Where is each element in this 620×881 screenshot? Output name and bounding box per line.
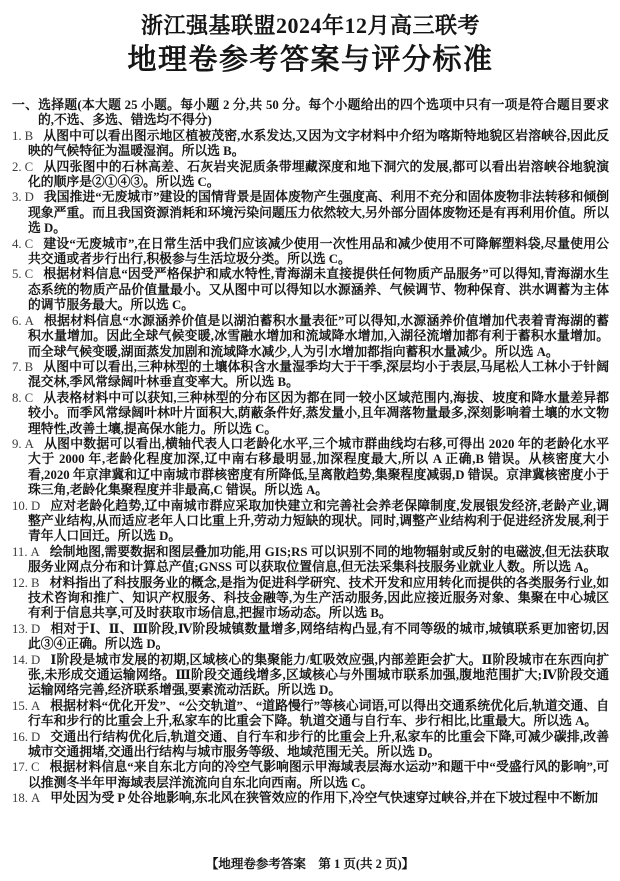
- answer-item-15: 15.A根据材料“优化开发”、“公交轨道”、“道路慢行”等核心词语,可以得出交通…: [12, 699, 609, 730]
- item-answer: B: [25, 129, 34, 143]
- item-explanation: 材料指出了科技服务业的概念,是指为促进科学研究、技术开发和应用转化而提供的各类服…: [28, 576, 609, 621]
- item-explanation: 根据材料信息“来自东北方向的冷空气影响图示甲海域表层海水运动”和题干中“受盛行风…: [28, 760, 609, 789]
- answer-item-8: 8.C从表格材料中可以获知,三种林型的分布区因为都在同一较小区域范围内,海拔、坡…: [12, 391, 609, 437]
- answer-item-5: 5.C根据材料信息“因受严格保护和咸水特性,青海湖未直接提供任何物质产品服务”可…: [12, 267, 609, 313]
- item-answer: A: [31, 545, 40, 559]
- item-number: 17.: [12, 760, 28, 774]
- item-answer: A: [25, 314, 34, 328]
- item-answer: C: [25, 267, 34, 281]
- answer-item-10: 10.D应对老龄化趋势,辽中南城市群应采取加快建立和完善社会养老保障制度,发展银…: [12, 499, 609, 545]
- item-answer: C: [25, 160, 34, 174]
- item-answer: A: [25, 437, 34, 451]
- item-number: 18.: [12, 791, 28, 805]
- item-explanation: 从图中可以看出图示地区植被茂密,水系发达,又因为文字材料中介绍为喀斯特地貌区岩溶…: [28, 129, 609, 158]
- item-number: 4.: [12, 237, 22, 251]
- item-explanation: 根据材料信息“因受严格保护和咸水特性,青海湖未直接提供任何物质产品服务”可以得知…: [28, 267, 609, 312]
- item-answer: D: [31, 730, 40, 744]
- answer-item-4: 4.C建设“无废城市”,在日常生活中我们应该减少使用一次性用品和减少使用不可降解…: [12, 237, 609, 268]
- item-explanation: 从图中数据可以看出,横轴代表人口老龄化水平,三个城市群曲线均右移,可得出 202…: [28, 437, 609, 497]
- section-heading-multiple-choice: 一、选择题(本大题 25 小题。每小题 2 分,共 50 分。每个小题给出的四个…: [12, 98, 609, 129]
- item-answer: C: [25, 391, 34, 405]
- answer-item-1: 1.B从图中可以看出图示地区植被茂密,水系发达,又因为文字材料中介绍为喀斯特地貌…: [12, 129, 609, 160]
- answer-key-page: 浙江强基联盟2024年12月高三联考 地理卷参考答案与评分标准 一、选择题(本大…: [0, 0, 620, 807]
- item-answer: C: [31, 760, 40, 774]
- answer-item-3: 3.D我国推进“无废城市”建设的国情背景是固体废物产生强度高、利用不充分和固体废…: [12, 190, 609, 236]
- answer-item-13: 13.D相对于Ⅰ、Ⅱ、Ⅲ阶段,Ⅳ阶段城镇数量增多,网络结构凸显,有不同等级的城市…: [12, 622, 609, 653]
- item-explanation: 甲处因为受 P 处谷地影响,东北风在狭管效应的作用下,冷空气快速穿过峡谷,并在下…: [50, 791, 598, 805]
- item-number: 7.: [12, 360, 22, 374]
- answer-item-17: 17.C根据材料信息“来自东北方向的冷空气影响图示甲海域表层海水运动”和题干中“…: [12, 760, 609, 791]
- item-answer: B: [25, 360, 34, 374]
- answer-item-11: 11.A绘制地图,需要数据和图层叠加功能,用 GIS;RS 可以识别不同的地物辐…: [12, 545, 609, 576]
- item-answer: D: [25, 190, 34, 204]
- answer-item-16: 16.D交通出行结构优化后,轨道交通、自行车和步行的比重会上升,私家车的比重会下…: [12, 730, 609, 761]
- item-number: 13.: [12, 622, 28, 636]
- item-explanation: Ⅰ阶段是城市发展的初期,区域核心的集聚能力/虹吸效应强,内部差距会扩大。Ⅱ阶段城…: [28, 653, 609, 698]
- answer-item-18: 18.A甲处因为受 P 处谷地影响,东北风在狭管效应的作用下,冷空气快速穿过峡谷…: [12, 791, 609, 806]
- item-explanation: 根据材料信息“水源涵养价值是以湖泊蓄积水量表征”可以得知,水源涵养价值增加代表着…: [28, 314, 609, 359]
- exam-title: 浙江强基联盟2024年12月高三联考: [12, 12, 609, 40]
- item-number: 9.: [12, 437, 22, 451]
- item-explanation: 交通出行结构优化后,轨道交通、自行车和步行的比重会上升,私家车的比重会下降,可减…: [28, 730, 609, 759]
- item-answer: D: [31, 499, 40, 513]
- item-answer: A: [31, 699, 40, 713]
- item-number: 1.: [12, 129, 22, 143]
- item-number: 15.: [12, 699, 28, 713]
- item-answer: D: [31, 622, 40, 636]
- item-explanation: 绘制地图,需要数据和图层叠加功能,用 GIS;RS 可以识别不同的地物辐射或反射…: [28, 545, 609, 574]
- answer-item-2: 2.C从四张图中的石林高差、石灰岩夹泥质条带埋藏深度和地下洞穴的发展,都可以看出…: [12, 160, 609, 191]
- page-title: 地理卷参考答案与评分标准: [12, 42, 609, 78]
- item-explanation: 根据材料“优化开发”、“公交轨道”、“道路慢行”等核心词语,可以得出交通系统优化…: [28, 699, 609, 728]
- item-explanation: 从表格材料中可以获知,三种林型的分布区因为都在同一较小区域范围内,海拔、坡度和降…: [28, 391, 609, 436]
- item-explanation: 从图中可以看出,三种林型的土壤体积含水量湿季均大于干季,深层均小于表层,马尾松人…: [28, 360, 609, 389]
- answer-item-7: 7.B从图中可以看出,三种林型的土壤体积含水量湿季均大于干季,深层均小于表层,马…: [12, 360, 609, 391]
- item-answer: D: [31, 653, 40, 667]
- answer-item-6: 6.A根据材料信息“水源涵养价值是以湖泊蓄积水量表征”可以得知,水源涵养价值增加…: [12, 314, 609, 360]
- answer-item-9: 9.A从图中数据可以看出,横轴代表人口老龄化水平,三个城市群曲线均右移,可得出 …: [12, 437, 609, 499]
- answer-item-14: 14.DⅠ阶段是城市发展的初期,区域核心的集聚能力/虹吸效应强,内部差距会扩大。…: [12, 653, 609, 699]
- item-number: 5.: [12, 267, 22, 281]
- item-explanation: 我国推进“无废城市”建设的国情背景是固体废物产生强度高、利用不充分和固体废物非法…: [28, 190, 609, 235]
- page-footer: 【地理卷参考答案 第 1 页(共 2 页)】: [0, 854, 620, 872]
- item-explanation: 相对于Ⅰ、Ⅱ、Ⅲ阶段,Ⅳ阶段城镇数量增多,网络结构凸显,有不同等级的城市,城镇联…: [28, 622, 609, 651]
- item-number: 11.: [12, 545, 28, 559]
- item-number: 2.: [12, 160, 22, 174]
- item-explanation: 建设“无废城市”,在日常生活中我们应该减少使用一次性用品和减少使用不可降解塑料袋…: [28, 237, 609, 266]
- item-number: 8.: [12, 391, 22, 405]
- item-number: 10.: [12, 499, 28, 513]
- item-answer: B: [31, 576, 40, 590]
- answer-item-12: 12.B材料指出了科技服务业的概念,是指为促进科学研究、技术开发和应用转化而提供…: [12, 576, 609, 622]
- item-answer: A: [31, 791, 40, 805]
- item-number: 12.: [12, 576, 28, 590]
- item-number: 16.: [12, 730, 28, 744]
- item-number: 6.: [12, 314, 22, 328]
- item-number: 14.: [12, 653, 28, 667]
- item-explanation: 应对老龄化趋势,辽中南城市群应采取加快建立和完善社会养老保障制度,发展银发经济,…: [28, 499, 609, 544]
- item-explanation: 从四张图中的石林高差、石灰岩夹泥质条带埋藏深度和地下洞穴的发展,都可以看出岩溶峡…: [28, 160, 609, 189]
- item-answer: C: [25, 237, 34, 251]
- item-number: 3.: [12, 190, 22, 204]
